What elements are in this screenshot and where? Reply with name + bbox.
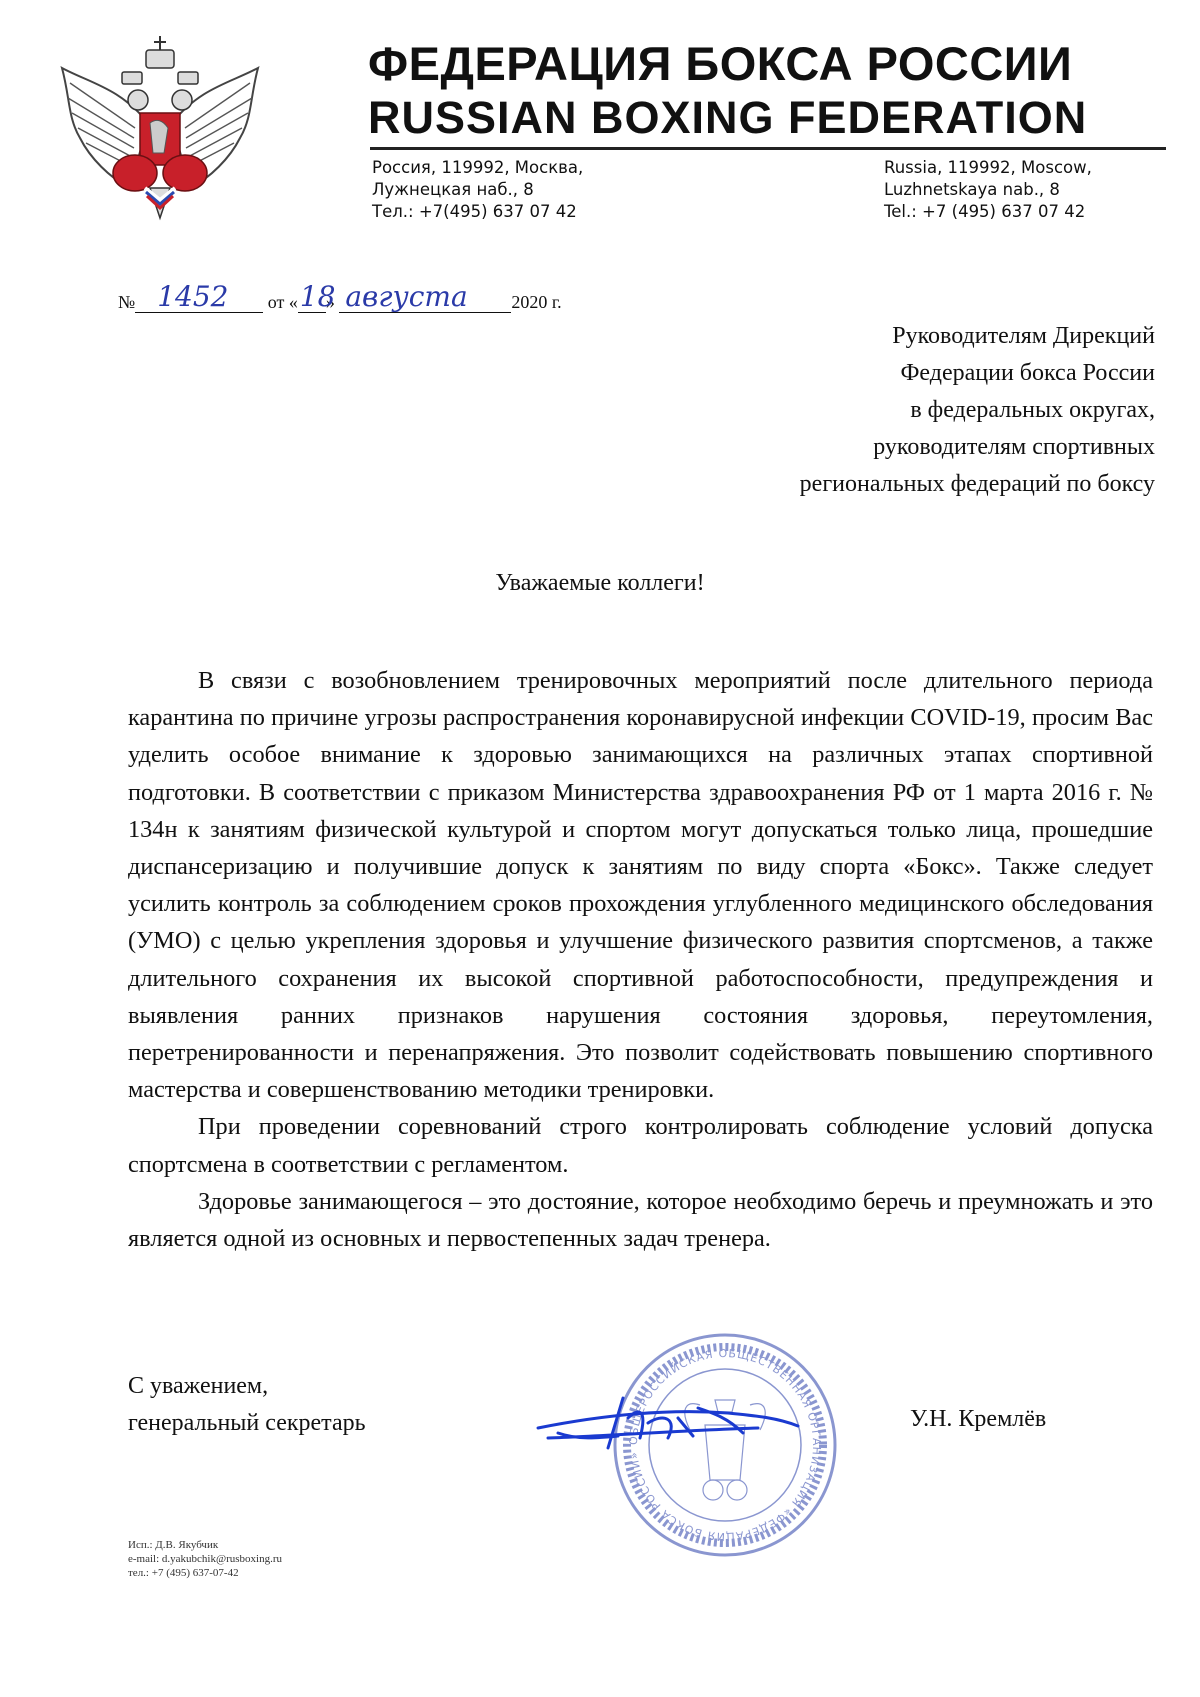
address-en-line: Russia, 119992, Moscow,: [884, 157, 1092, 179]
closing-salutation: С уважением,: [128, 1368, 366, 1405]
addressee-line: Федерации бокса России: [800, 355, 1155, 392]
number-field: 1452: [135, 288, 263, 313]
header-divider: [370, 147, 1166, 150]
addressee-line: региональных федераций по боксу: [800, 466, 1155, 503]
body-paragraph: Здоровье занимающегося – это достояние, …: [128, 1183, 1153, 1257]
executor-email: e-mail: d.yakubchik@rusboxing.ru: [128, 1552, 282, 1566]
addressee-line: руководителям спортивных: [800, 429, 1155, 466]
month-handwritten: августа: [345, 282, 467, 312]
address-en: Russia, 119992, Moscow, Luzhnetskaya nab…: [884, 157, 1092, 223]
executor-phone: тел.: +7 (495) 637-07-42: [128, 1566, 282, 1580]
date-from-label: от «: [268, 292, 298, 312]
body-paragraph: При проведении соревнований строго контр…: [128, 1108, 1153, 1182]
addressee-block: Руководителям Дирекций Федерации бокса Р…: [800, 318, 1155, 503]
letter-body: В связи с возобновлением тренировочных м…: [128, 662, 1153, 1257]
org-name-ru: ФЕДЕРАЦИЯ БОКСА РОССИИ: [368, 38, 1072, 90]
addressee-line: Руководителям Дирекций: [800, 318, 1155, 355]
month-field: августа: [339, 288, 511, 313]
signature-icon: [528, 1378, 828, 1478]
number-label: №: [118, 292, 135, 312]
addressee-line: в федеральных округах,: [800, 392, 1155, 429]
phone-ru: Тел.: +7(495) 637 07 42: [372, 201, 583, 223]
address-en-line: Luzhnetskaya nab., 8: [884, 179, 1092, 201]
org-name-en: RUSSIAN BOXING FEDERATION: [368, 92, 1087, 144]
address-ru-line: Россия, 119992, Москва,: [372, 157, 583, 179]
body-paragraph: В связи с возобновлением тренировочных м…: [128, 662, 1153, 1108]
number-handwritten: 1452: [157, 282, 228, 312]
address-ru: Россия, 119992, Москва, Лужнецкая наб., …: [372, 157, 583, 223]
address-ru-line: Лужнецкая наб., 8: [372, 179, 583, 201]
day-handwritten: 18: [300, 282, 336, 312]
signer-name: У.Н. Кремлёв: [910, 1406, 1046, 1433]
executor-name: Исп.: Д.В. Якубчик: [128, 1538, 282, 1552]
signer-title: генеральный секретарь: [128, 1405, 366, 1442]
day-field: 18: [298, 288, 326, 313]
greeting: Уважаемые коллеги!: [0, 570, 1200, 597]
year-label: 2020 г.: [511, 292, 561, 312]
federation-emblem-icon: [50, 28, 270, 228]
executor-contact: Исп.: Д.В. Якубчик e-mail: d.yakubchik@r…: [128, 1538, 282, 1580]
closing-block: С уважением, генеральный секретарь: [128, 1368, 366, 1442]
registration-line: №1452 от «18» августа2020 г.: [118, 288, 562, 324]
phone-en: Tel.: +7 (495) 637 07 42: [884, 201, 1092, 223]
